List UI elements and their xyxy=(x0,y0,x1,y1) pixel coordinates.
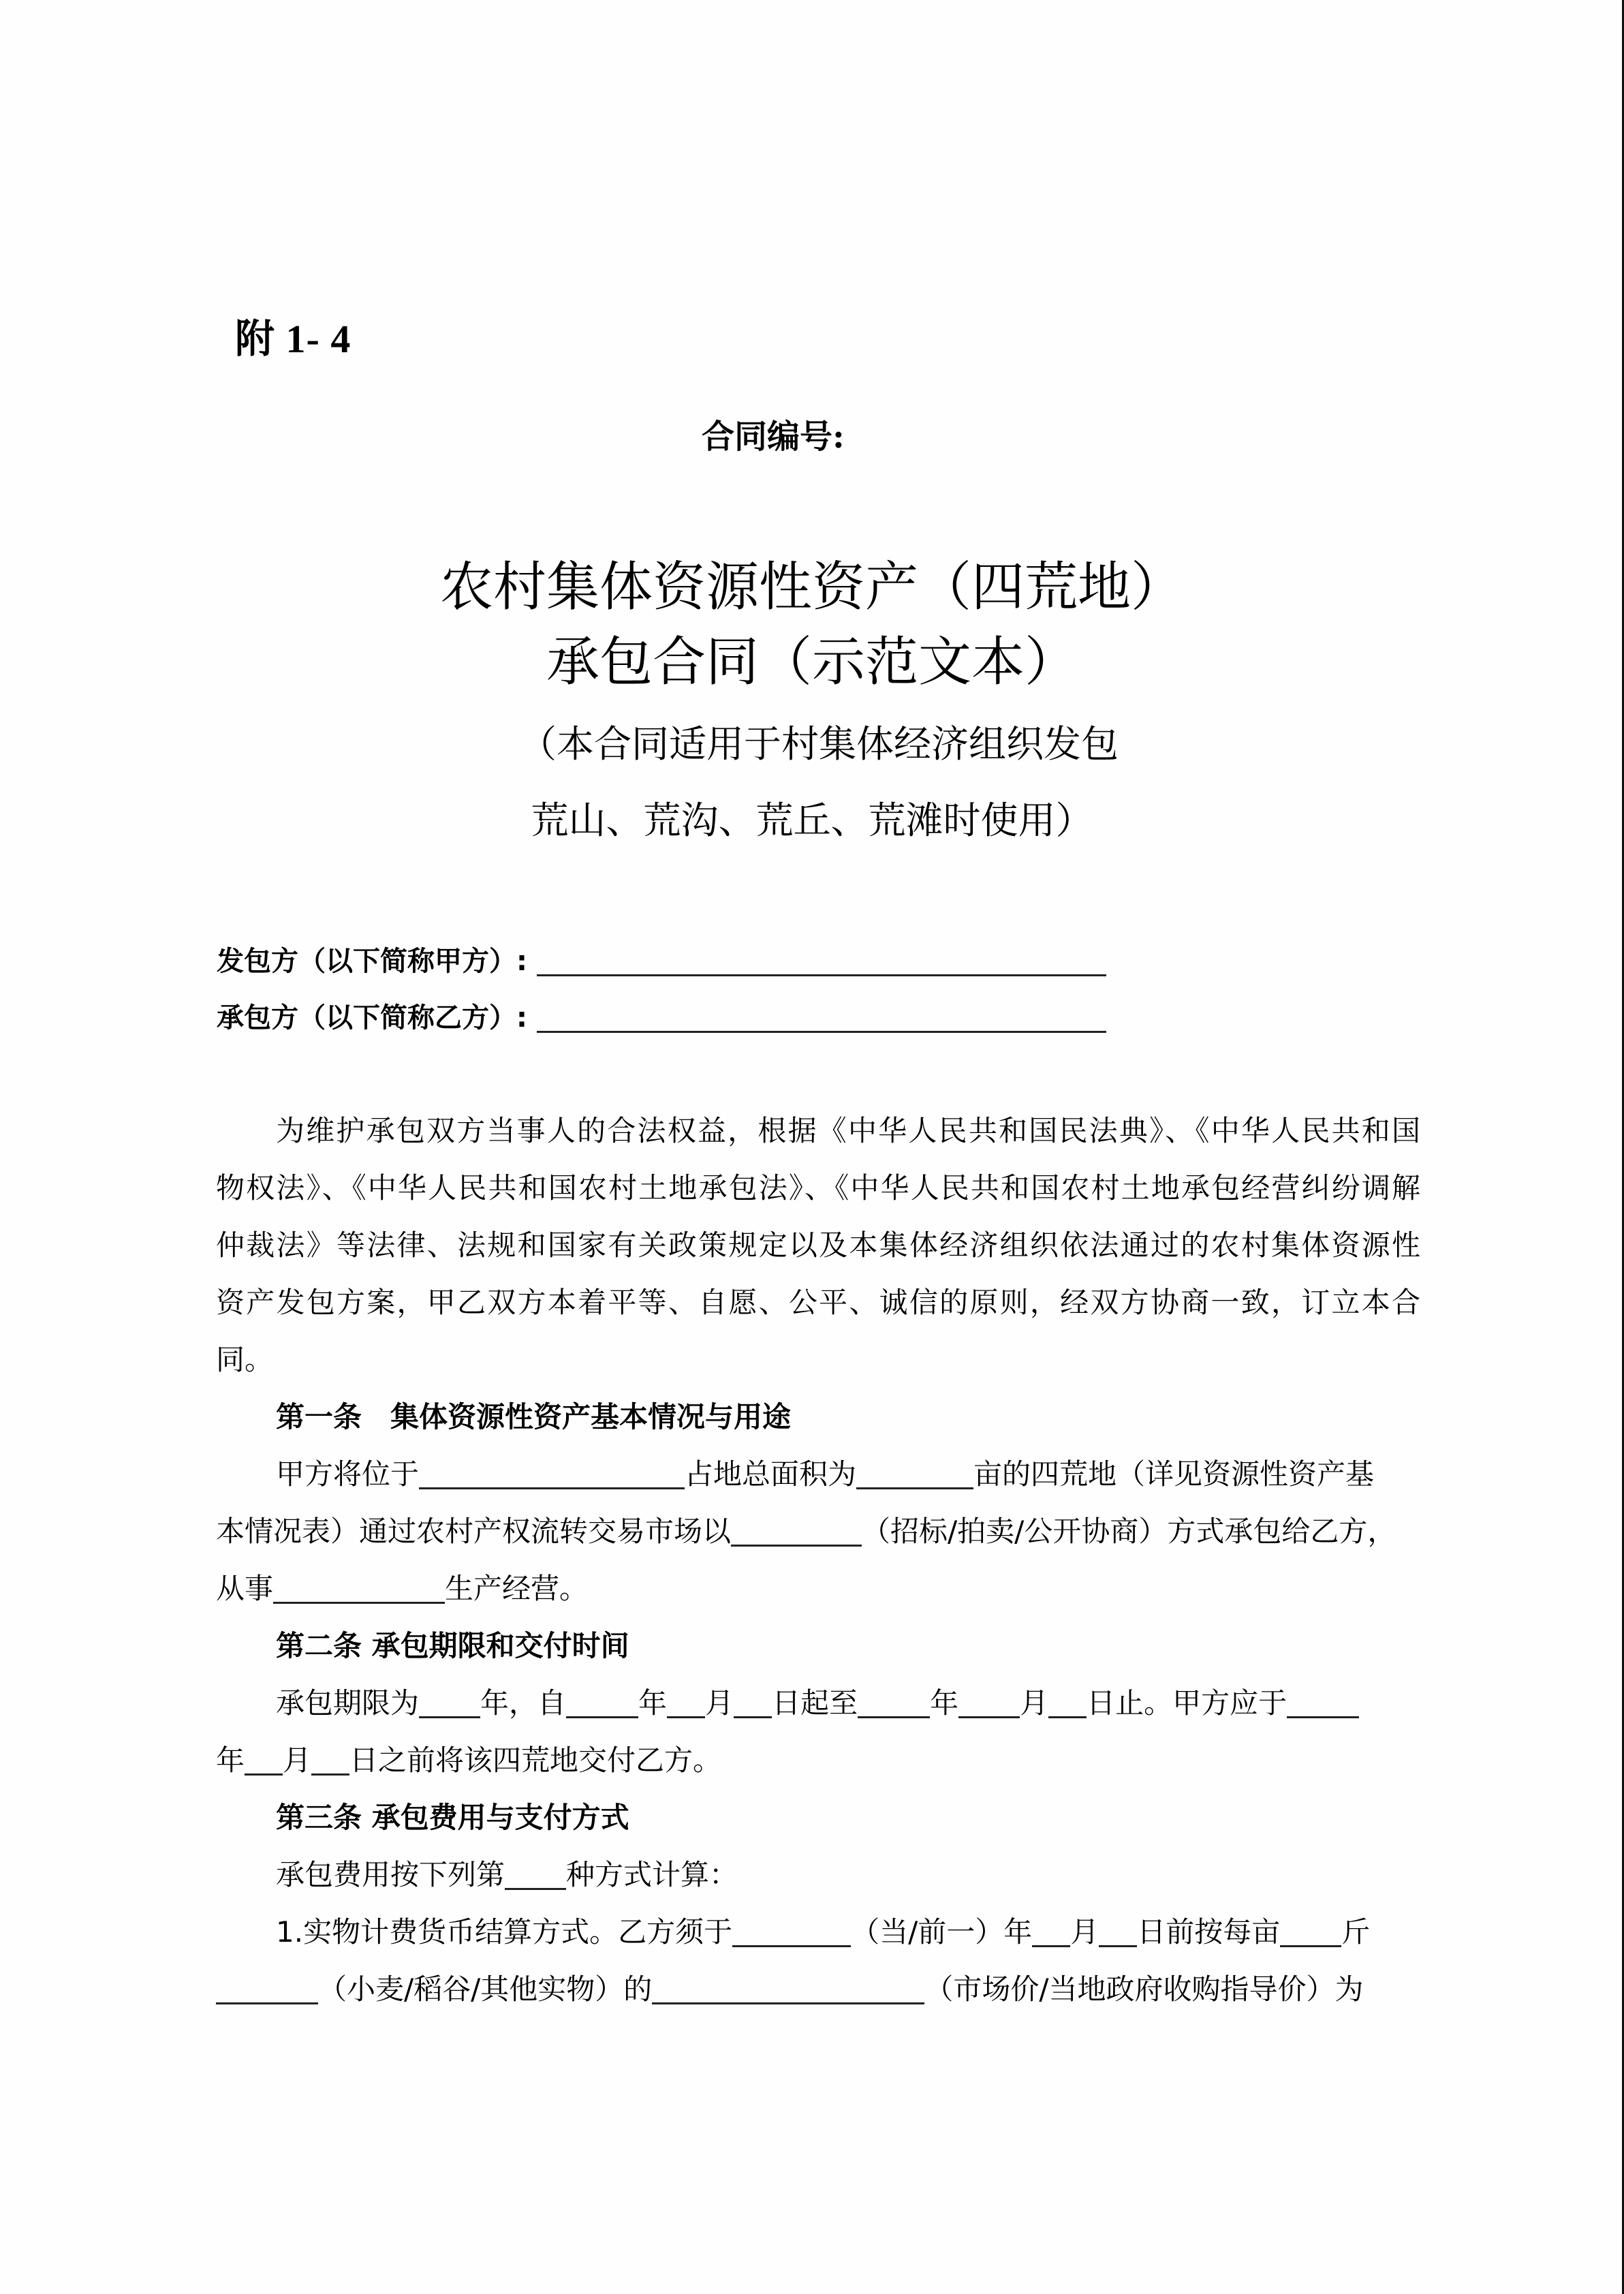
method-number-blank[interactable] xyxy=(505,1858,566,1890)
party-a-row: 发包方（以下简称甲方）: xyxy=(217,942,1106,980)
article-3-line-1: 承包费用按下列第种方式计算： xyxy=(216,1855,1420,1895)
article-2-line-2: 年月日之前将该四荒地交付乙方。 xyxy=(216,1740,1420,1781)
start-year-blank[interactable] xyxy=(566,1686,638,1718)
business-blank[interactable] xyxy=(273,1572,445,1604)
jin-per-mu-blank[interactable] xyxy=(1280,1915,1341,1947)
text-run: 日前按每亩 xyxy=(1137,1915,1280,1949)
preamble-line-1: 为维护承包双方当事人的合法权益，根据《中华人民共和国民法典》、《中华人民共和国 xyxy=(216,1111,1420,1151)
text-run: 承包期限为 xyxy=(276,1686,419,1720)
text-run: 承包费用按下列第 xyxy=(276,1858,505,1891)
document-subtitle-line2: 荒山、荒沟、荒丘、荒滩时使用） xyxy=(0,793,1624,848)
end-month-blank[interactable] xyxy=(958,1686,1020,1718)
text-run: 日起至 xyxy=(772,1686,858,1720)
start-day-blank[interactable] xyxy=(734,1686,772,1718)
text-run: （当/前一）年 xyxy=(851,1915,1032,1949)
article-3-line-3: （小麦/稻谷/其他实物）的（市场价/当地政府收购指导价）为 xyxy=(216,1969,1420,2010)
start-month-blank[interactable] xyxy=(667,1686,705,1718)
text-run: （招标/拍卖/公开协商）方式承包给乙方， xyxy=(862,1515,1396,1548)
end-day-blank[interactable] xyxy=(1048,1686,1087,1718)
text-run: 1.实物计费货币结算方式。乙方须于 xyxy=(276,1915,732,1949)
text-run: 亩的四荒地（详见资源性资产基 xyxy=(973,1457,1374,1491)
text-run: 本情况表）通过农村产权流转交易市场以 xyxy=(216,1515,731,1548)
text-run: 年 xyxy=(216,1743,245,1777)
delivery-day-blank[interactable] xyxy=(311,1743,349,1776)
party-a-field[interactable] xyxy=(537,974,1106,976)
article-3-heading: 第三条 承包费用与支付方式 xyxy=(216,1797,1420,1838)
text-run: 月 xyxy=(283,1743,311,1777)
text-run: 年 xyxy=(638,1686,667,1720)
article-1-line-1: 甲方将位于占地总面积为亩的四荒地（详见资源性资产基 xyxy=(216,1454,1420,1495)
text-run: 从事 xyxy=(216,1572,273,1605)
text-run: 甲方将位于 xyxy=(276,1457,419,1491)
location-blank[interactable] xyxy=(419,1457,685,1489)
text-run: 年 xyxy=(930,1686,958,1720)
document-title-line2: 承包合同（示范文本） xyxy=(0,628,1624,696)
payment-year-blank[interactable] xyxy=(732,1915,851,1947)
payment-month-blank[interactable] xyxy=(1032,1915,1070,1947)
method-blank[interactable] xyxy=(731,1515,862,1547)
end-year-blank[interactable] xyxy=(858,1686,930,1718)
text-run: （小麦/稻谷/其他实物）的 xyxy=(318,1972,652,2006)
party-b-field[interactable] xyxy=(537,1031,1106,1033)
delivery-year-blank[interactable] xyxy=(1287,1686,1359,1718)
text-run: 日之前将该四荒地交付乙方。 xyxy=(349,1743,721,1777)
term-years-blank[interactable] xyxy=(419,1686,480,1718)
party-b-label: 承包方（以下简称乙方）: xyxy=(217,999,527,1037)
article-1-heading: 第一条 集体资源性资产基本情况与用途 xyxy=(216,1397,1420,1438)
annex-label: 附 1- 4 xyxy=(235,312,351,367)
article-1-line-2: 本情况表）通过农村产权流转交易市场以（招标/拍卖/公开协商）方式承包给乙方， xyxy=(216,1511,1420,1552)
contract-number-label: 合同编号: xyxy=(702,414,845,459)
preamble-line-2: 物权法》、《中华人民共和国农村土地承包法》、《中华人民共和国农村土地承包经营纠纷… xyxy=(216,1168,1420,1209)
document-title-line1: 农村集体资源性资产（四荒地） xyxy=(0,553,1624,621)
document-subtitle-line1: （本合同适用于村集体经济组织发包 xyxy=(0,717,1624,771)
document-page: 附 1- 4 合同编号: 农村集体资源性资产（四荒地） 承包合同（示范文本） （… xyxy=(0,0,1624,2294)
article-2-heading: 第二条 承包期限和交付时间 xyxy=(216,1626,1420,1667)
text-run: 月 xyxy=(705,1686,734,1720)
article-1-line-3: 从事生产经营。 xyxy=(216,1568,1420,1609)
text-run: 占地总面积为 xyxy=(685,1457,856,1491)
area-blank[interactable] xyxy=(856,1457,973,1489)
preamble-line-5: 同。 xyxy=(216,1339,1420,1380)
text-run: 日止。甲方应于 xyxy=(1087,1686,1287,1720)
text-run: 斤 xyxy=(1341,1915,1370,1949)
preamble-line-4: 资产发包方案，甲乙双方本着平等、自愿、公平、诚信的原则，经双方协商一致，订立本合 xyxy=(216,1282,1420,1323)
crop-type-blank[interactable] xyxy=(216,1972,318,2004)
article-2-line-1: 承包期限为年，自年月日起至年月日止。甲方应于 xyxy=(216,1683,1420,1724)
text-run: 月 xyxy=(1070,1915,1099,1949)
price-basis-blank[interactable] xyxy=(652,1972,924,2004)
text-run: 种方式计算： xyxy=(566,1858,738,1891)
preamble-line-3: 仲裁法》等法律、法规和国家有关政策规定以及本集体经济组织依法通过的农村集体资源性 xyxy=(216,1225,1420,1266)
text-run: 年，自 xyxy=(480,1686,566,1720)
delivery-month-blank[interactable] xyxy=(245,1743,283,1776)
text-run: （市场价/当地政府收购指导价）为 xyxy=(924,1972,1363,2006)
article-3-line-2: 1.实物计费货币结算方式。乙方须于（当/前一）年月日前按每亩斤 xyxy=(216,1912,1420,1953)
text-run: 生产经营。 xyxy=(445,1572,588,1605)
party-a-label: 发包方（以下简称甲方）: xyxy=(217,942,527,980)
party-b-row: 承包方（以下简称乙方）: xyxy=(217,999,1106,1037)
payment-day-blank[interactable] xyxy=(1099,1915,1137,1947)
text-run: 月 xyxy=(1020,1686,1048,1720)
